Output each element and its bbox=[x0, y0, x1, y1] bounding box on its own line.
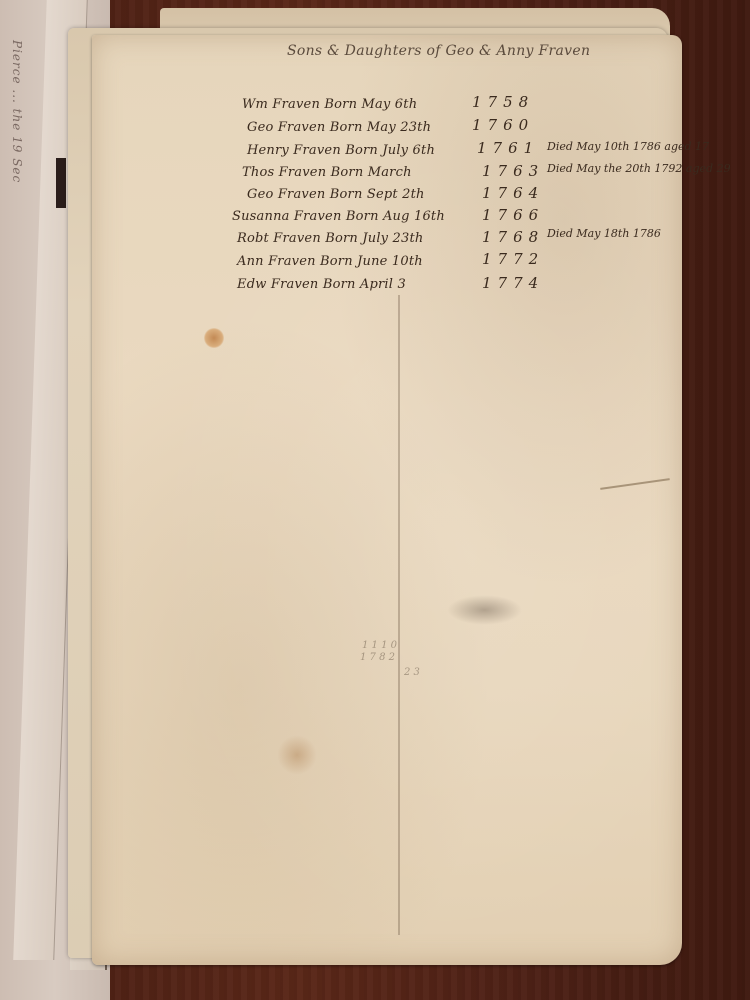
binding-clip bbox=[56, 158, 66, 208]
entry-year: 1774 bbox=[482, 275, 544, 291]
page-heading: Sons & Daughters of Geo & Anny Fraven bbox=[287, 43, 590, 59]
entry-born: Born March bbox=[331, 165, 412, 181]
faint-pencil-note: 1 7 8 2 bbox=[360, 652, 395, 663]
entry-year: 1758 bbox=[472, 94, 534, 110]
entry-death-note: Died May 18th 1786 bbox=[547, 226, 661, 242]
register-entry: Thos Fraven Born March 1763 Died May the… bbox=[242, 165, 412, 181]
entry-year: 1763 bbox=[482, 163, 544, 179]
register-entry: Edw Fraven Born April 3 1774 bbox=[237, 277, 406, 293]
entry-year: 1768 bbox=[482, 229, 544, 245]
cover-handwriting: Pierce ... the 19 Sec bbox=[10, 40, 24, 183]
paper-tear bbox=[600, 478, 670, 490]
stain bbox=[277, 735, 317, 775]
entry-name: Henry Fraven bbox=[247, 143, 341, 159]
entry-born: Born April 3 bbox=[323, 277, 406, 293]
entry-year: 1764 bbox=[482, 185, 544, 201]
entry-name: Geo Fraven bbox=[247, 120, 325, 136]
entry-born: Born July 23th bbox=[325, 231, 423, 247]
entry-born: Born May 23th bbox=[330, 120, 431, 136]
entry-born: Born June 10th bbox=[320, 254, 423, 270]
register-entry: Geo Fraven Born May 23th 1760 bbox=[247, 120, 431, 136]
entry-death-note: Died May the 20th 1792 aged 29 bbox=[547, 161, 731, 177]
faint-pencil-note: 2 3 bbox=[404, 667, 420, 678]
entry-year: 1761 bbox=[477, 140, 539, 156]
entry-death-note: Died May 10th 1786 aged 17 bbox=[547, 139, 709, 155]
register-entry: Ann Fraven Born June 10th 1772 bbox=[237, 254, 423, 270]
entry-year: 1760 bbox=[472, 117, 534, 133]
register-entry: Wm Fraven Born May 6th 1758 bbox=[242, 97, 417, 113]
fold-line bbox=[398, 295, 400, 935]
faint-pencil-note: 1 1 1 0 bbox=[362, 640, 397, 651]
stain bbox=[204, 328, 224, 348]
entry-name: Ann Fraven bbox=[237, 254, 316, 270]
entry-name: Robt Fraven bbox=[237, 231, 321, 247]
register-entry: Robt Fraven Born July 23th 1768 Died May… bbox=[237, 231, 424, 247]
entry-name: Geo Fraven bbox=[247, 187, 325, 203]
entry-name: Edw Fraven bbox=[237, 277, 318, 293]
entry-name: Susanna Fraven bbox=[232, 209, 342, 225]
register-entry: Henry Fraven Born July 6th 1761 Died May… bbox=[247, 143, 435, 159]
register-entry: Susanna Fraven Born Aug 16th 1766 bbox=[232, 209, 445, 225]
entry-born: Born May 6th bbox=[324, 97, 417, 113]
entry-name: Thos Fraven bbox=[242, 165, 326, 181]
entry-born: Born Sept 2th bbox=[330, 187, 425, 203]
document-page: Sons & Daughters of Geo & Anny Fraven Wm… bbox=[92, 35, 682, 965]
entry-born: Born July 6th bbox=[345, 143, 435, 159]
register-entry: Geo Fraven Born Sept 2th 1764 bbox=[247, 187, 425, 203]
entry-born: Born Aug 16th bbox=[346, 209, 445, 225]
fingerprint-smudge bbox=[447, 595, 522, 625]
entry-name: Wm Fraven bbox=[242, 97, 320, 113]
entry-year: 1766 bbox=[482, 207, 544, 223]
entry-year: 1772 bbox=[482, 251, 544, 267]
